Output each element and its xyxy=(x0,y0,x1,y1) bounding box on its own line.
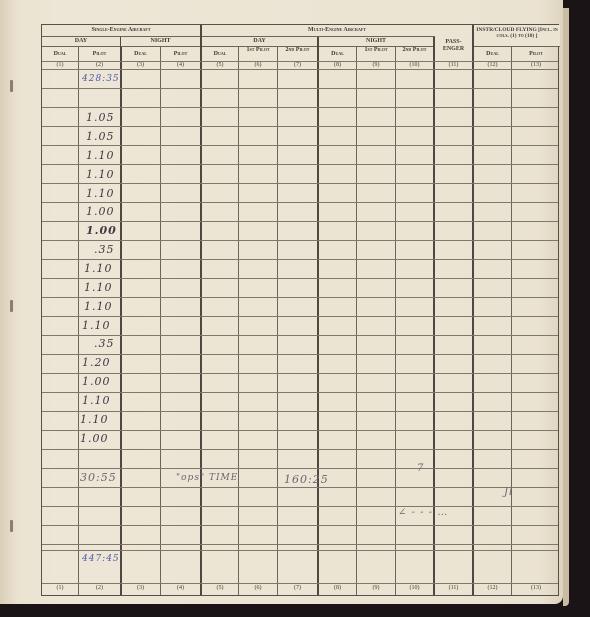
header-dual: Dual xyxy=(42,51,78,58)
header-2nd-pilot: 2nd Pilot xyxy=(396,47,433,54)
col-number: (1) xyxy=(42,585,78,591)
header-se-night: NIGHT xyxy=(121,38,200,45)
binding-hole xyxy=(10,300,13,312)
header-me-night: NIGHT xyxy=(319,38,433,45)
col-number: (13) xyxy=(512,585,560,591)
header-dual: Dual xyxy=(121,51,160,58)
pilot-entry: 1.10 xyxy=(86,149,115,162)
col-number: (2) xyxy=(79,585,120,591)
header-2nd-pilot: 2nd Pilot xyxy=(278,47,317,54)
pilot-entry: 1.00 xyxy=(86,224,117,237)
col-number: (5) xyxy=(202,62,238,68)
header-se-day: DAY xyxy=(42,38,120,45)
ops-time-value: 160:25 xyxy=(284,473,329,486)
header-1st-pilot: 1st Pilot xyxy=(239,47,277,54)
binding-hole xyxy=(10,80,13,92)
col-number: (12) xyxy=(474,585,511,591)
col-number: (2) xyxy=(79,62,120,68)
header-dual: Dual xyxy=(319,51,356,58)
pilot-entry: 1.00 xyxy=(82,375,111,388)
brought-forward-total: 428:35 xyxy=(82,74,120,84)
logbook-page: Single-Engine Aircraft Multi-Engine Airc… xyxy=(0,0,563,604)
pilot-entry: 1.10 xyxy=(82,319,111,332)
pilot-entry: 1.10 xyxy=(86,187,115,200)
col-number: (10) xyxy=(396,62,433,68)
col-number: (13) xyxy=(512,62,560,68)
margin-mark: 7 xyxy=(417,463,424,474)
pilot-entry: 1.10 xyxy=(80,413,109,426)
header-single-engine: Single-Engine Aircraft xyxy=(42,27,200,34)
col-number: (7) xyxy=(278,585,317,591)
col-number: (3) xyxy=(121,585,160,591)
col-number: (4) xyxy=(161,585,200,591)
binding-hole xyxy=(10,520,13,532)
col-number: (1) xyxy=(42,62,78,68)
col-number: (8) xyxy=(319,585,356,591)
pilot-entry: .35 xyxy=(94,243,115,256)
header-pilot: Pilot xyxy=(512,51,560,58)
col-number: (11) xyxy=(435,62,472,68)
page-total: 30:55 xyxy=(80,471,117,484)
margin-mark: ∠ ‐ ‐ ‐ … xyxy=(398,507,448,518)
page-edge xyxy=(563,8,569,606)
pilot-entry: 1.10 xyxy=(84,281,113,294)
pilot-entry: 1.20 xyxy=(82,356,111,369)
header-me-day: DAY xyxy=(202,38,317,45)
col-number: (10) xyxy=(396,585,433,591)
col-number: (12) xyxy=(474,62,511,68)
grand-total: 447:45 xyxy=(82,554,120,564)
pilot-entry: 1.00 xyxy=(86,205,115,218)
header-passenger: PASS-ENGER xyxy=(435,39,472,53)
col-number: (6) xyxy=(239,585,277,591)
col-number: (9) xyxy=(357,62,395,68)
header-instr-cloud: INSTR/CLOUD FLYING [Incl. in cols. (1) t… xyxy=(474,27,560,39)
col-number: (4) xyxy=(161,62,200,68)
col-number: (11) xyxy=(435,585,472,591)
col-number: (9) xyxy=(357,585,395,591)
ops-time-label: "ops" TIME xyxy=(176,473,238,483)
pilot-entry: 1.00 xyxy=(80,432,109,445)
header-dual: Dual xyxy=(202,51,238,58)
pilot-entry: 1.10 xyxy=(86,168,115,181)
header-multi-engine: Multi-Engine Aircraft xyxy=(202,27,472,34)
col-number: (6) xyxy=(239,62,277,68)
margin-mark: Jl xyxy=(504,487,513,498)
header-pilot: Pilot xyxy=(79,51,120,58)
pilot-entry: 1.05 xyxy=(86,130,115,143)
pilot-entry: 1.10 xyxy=(82,394,111,407)
header-dual: Dual xyxy=(474,51,511,58)
col-number: (5) xyxy=(202,585,238,591)
logbook-grid: Single-Engine Aircraft Multi-Engine Airc… xyxy=(41,24,559,596)
pilot-entry: 1.05 xyxy=(86,111,115,124)
col-number: (7) xyxy=(278,62,317,68)
header-1st-pilot: 1st Pilot xyxy=(357,47,395,54)
pilot-entry: 1.10 xyxy=(84,300,113,313)
pilot-entry: 1.10 xyxy=(84,262,113,275)
pilot-entry: .35 xyxy=(94,337,115,350)
col-number: (3) xyxy=(121,62,160,68)
col-number: (8) xyxy=(319,62,356,68)
header-pilot: Pilot xyxy=(161,51,200,58)
